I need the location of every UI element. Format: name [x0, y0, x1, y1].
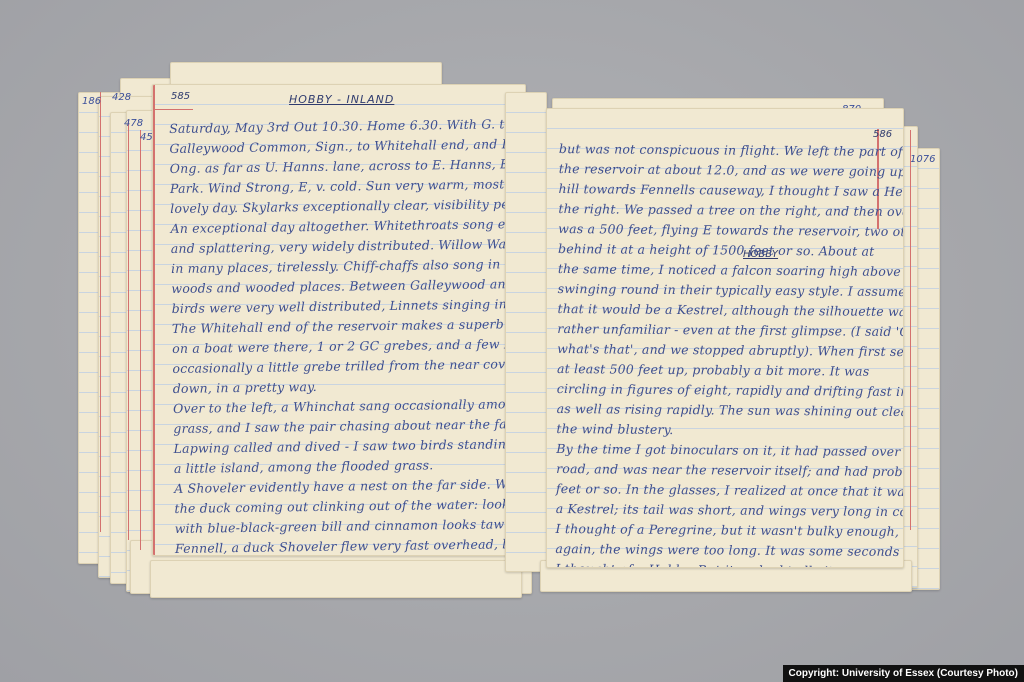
margin-line — [100, 92, 101, 532]
right-notebook-page: 586 HOBBY but was not conspicuous in fli… — [546, 108, 904, 568]
margin-line — [140, 130, 141, 550]
page-number: 186 — [82, 96, 101, 107]
margin-line — [910, 130, 911, 530]
stacked-sheet-bottom — [150, 560, 522, 598]
margin-line — [153, 109, 193, 110]
handwritten-text: but was not conspicuous in flight. We le… — [555, 139, 904, 568]
margin-line — [128, 120, 129, 540]
page-heading: HOBBY - INLAND — [289, 93, 394, 106]
left-notebook-page: 585 HOBBY - INLAND Saturday, May 3rd Out… — [152, 84, 526, 556]
page-number: 585 — [171, 91, 190, 102]
page-number: 428 — [112, 92, 131, 103]
page-number: 1076 — [910, 154, 935, 165]
handwritten-text: Saturday, May 3rd Out 10.30. Home 6.30. … — [169, 112, 526, 556]
copyright-caption: Copyright: University of Essex (Courtesy… — [783, 665, 1024, 682]
page-number: 478 — [124, 118, 143, 129]
notebook-spine-page — [505, 92, 547, 572]
margin-line — [153, 85, 155, 555]
page-number: 586 — [873, 129, 892, 140]
